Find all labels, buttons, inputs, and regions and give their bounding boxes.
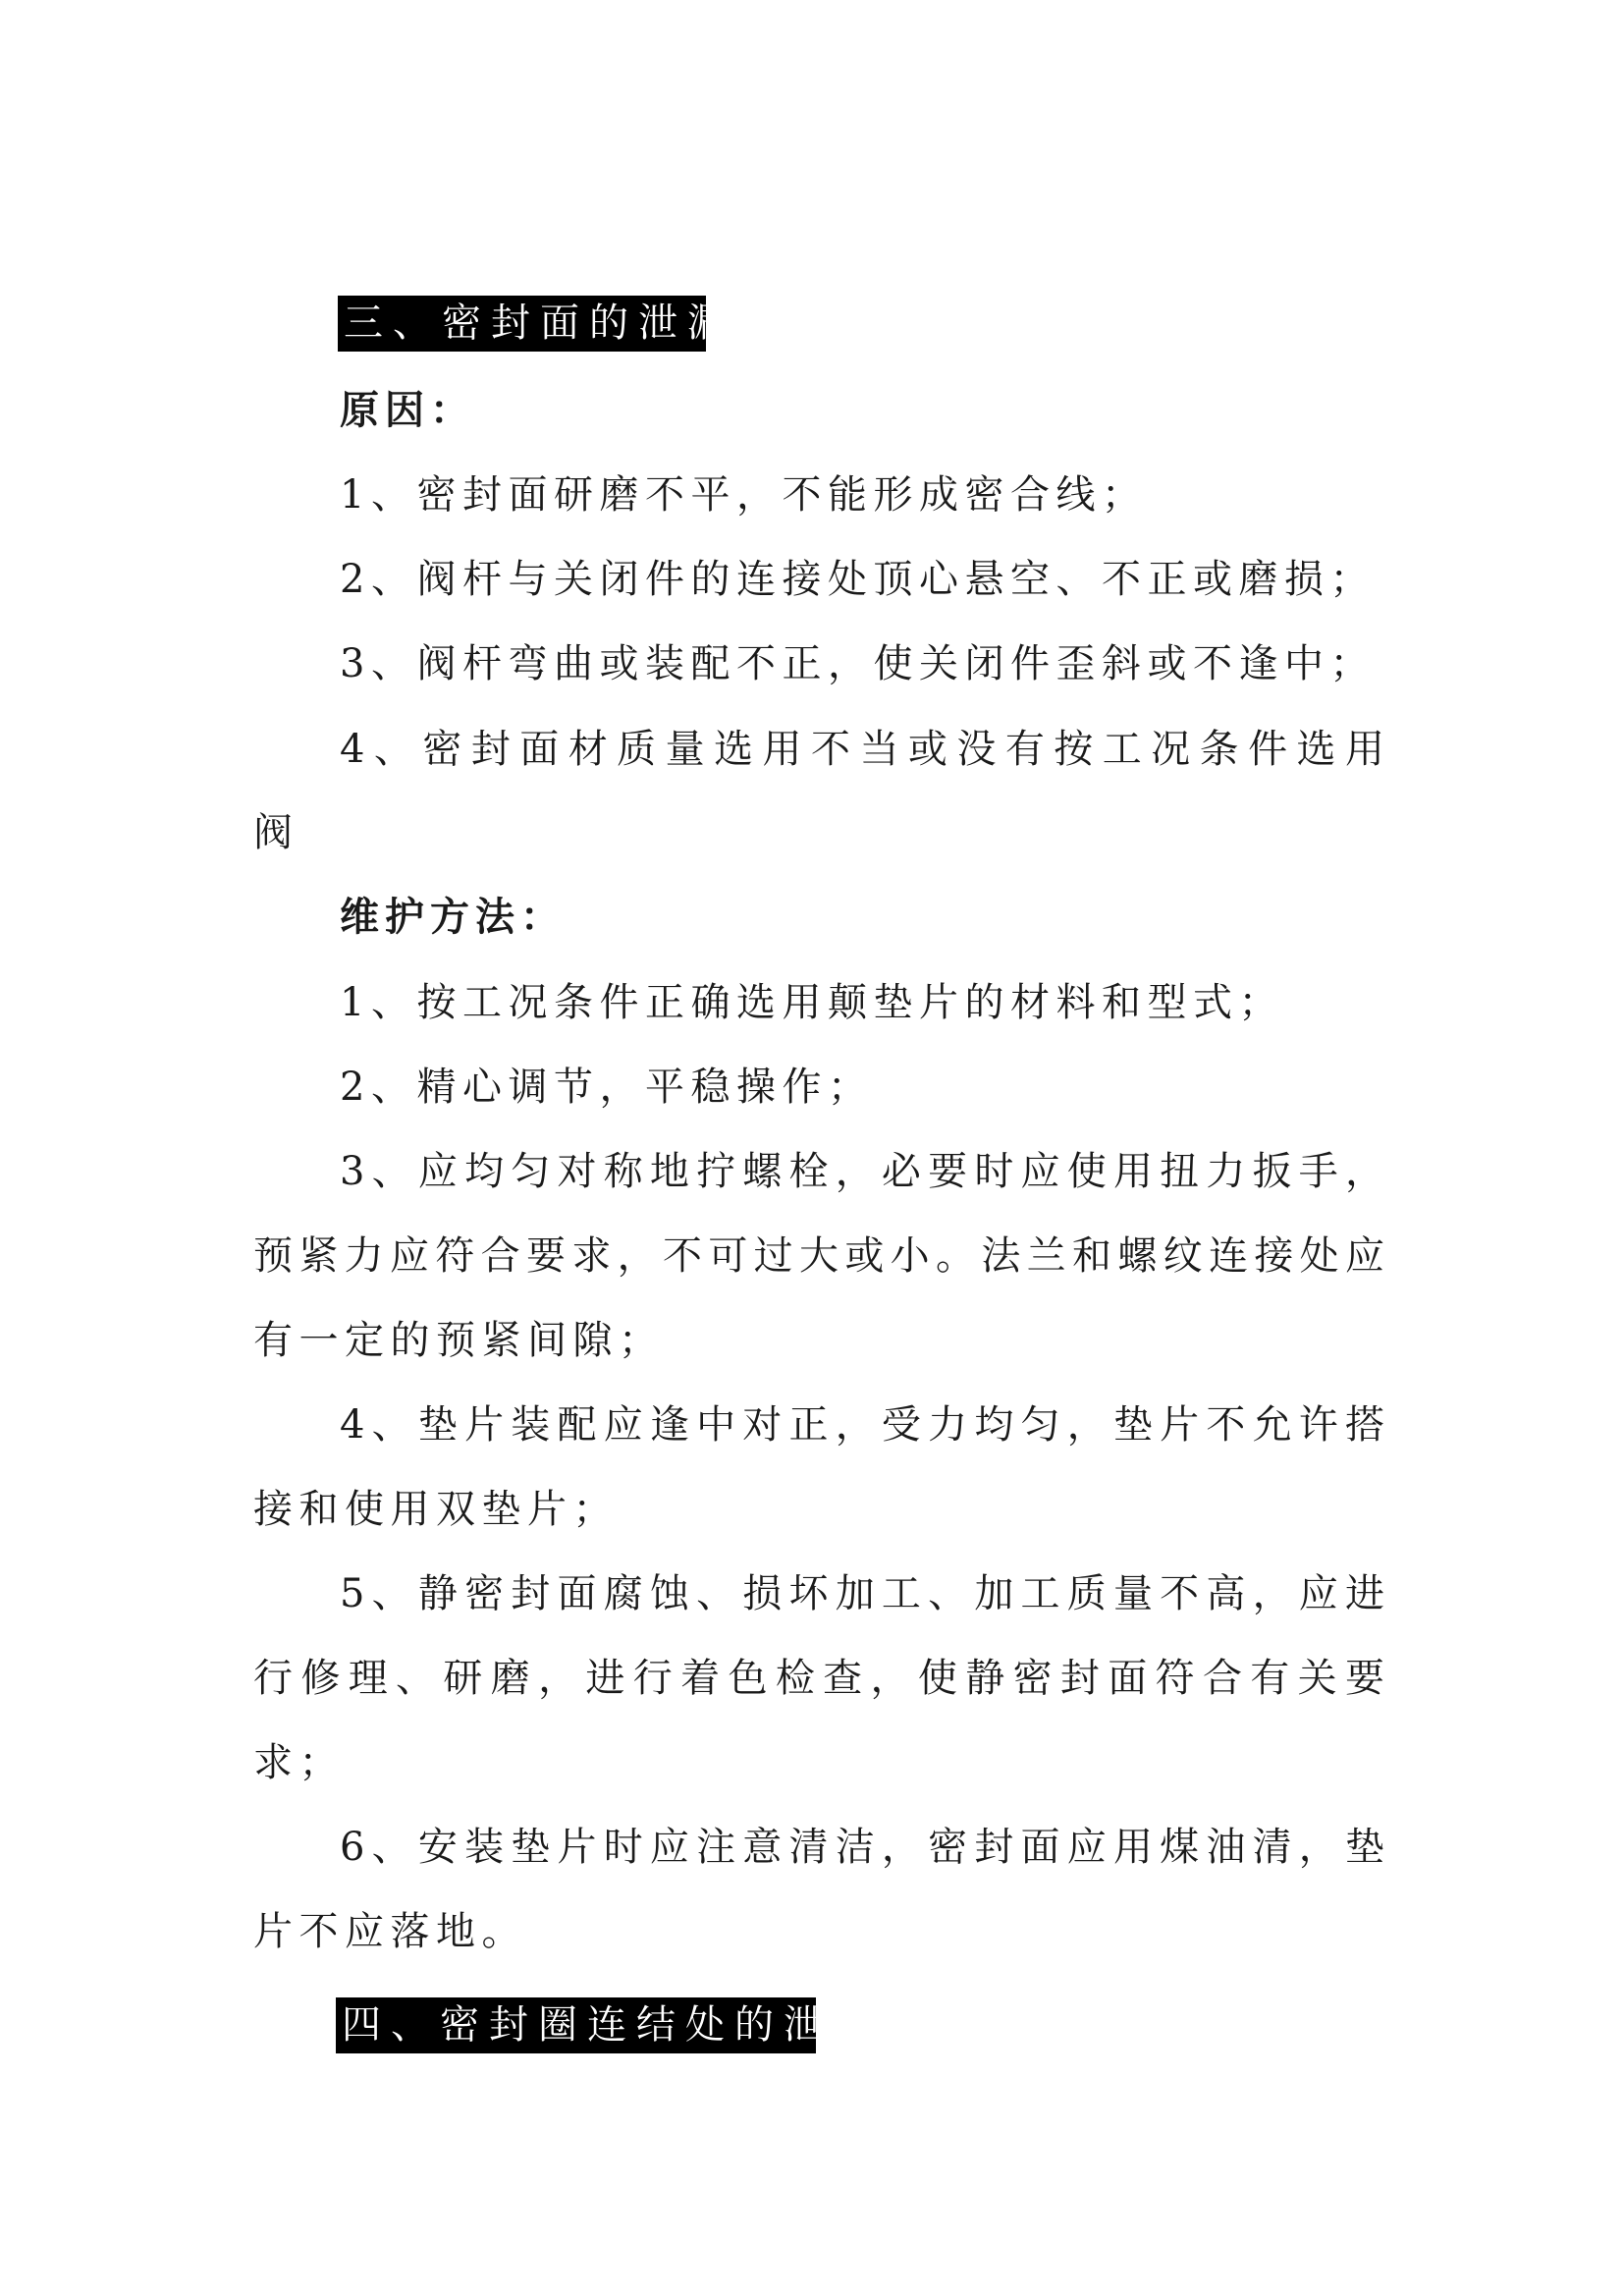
method-item-1: 1、按工况条件正确选用颠垫片的材料和型式； bbox=[340, 975, 1384, 1030]
method-item-5-cont-2: 求； bbox=[253, 1735, 1384, 1790]
cause-item-2: 2、阀杆与关闭件的连接处顶心悬空、不正或磨损； bbox=[340, 552, 1384, 607]
section-heading-4: 四、密封圈连结处的泄漏 bbox=[336, 1997, 816, 2053]
method-item-5: 5、静密封面腐蚀、损坏加工、加工质量不高，应进 bbox=[340, 1566, 1384, 1621]
cause-item-4: 4、密封面材质量选用不当或没有按工况条件选用 bbox=[340, 722, 1384, 777]
method-item-6-cont: 片不应落地。 bbox=[253, 1904, 1384, 1959]
method-item-2: 2、精心调节，平稳操作； bbox=[340, 1060, 1384, 1115]
document-page: 三、密封面的泄漏 原因： 1、密封面研磨不平，不能形成密合线； 2、阀杆与关闭件… bbox=[0, 0, 1623, 2296]
section-heading-3: 三、密封面的泄漏 bbox=[338, 296, 706, 352]
method-item-3: 3、应均匀对称地拧螺栓，必要时应使用扭力扳手， bbox=[340, 1144, 1384, 1199]
cause-item-4-cont: 阀 bbox=[253, 805, 1384, 860]
method-item-4-cont: 接和使用双垫片； bbox=[253, 1482, 1384, 1537]
cause-item-3: 3、阀杆弯曲或装配不正，使关闭件歪斜或不逢中； bbox=[340, 636, 1384, 691]
method-item-3-cont-2: 有一定的预紧间隙； bbox=[253, 1313, 1384, 1368]
causes-label: 原因： bbox=[340, 383, 1384, 438]
method-item-3-cont-1: 预紧力应符合要求，不可过大或小。法兰和螺纹连接处应 bbox=[253, 1229, 1384, 1284]
method-item-4: 4、垫片装配应逢中对正，受力均匀，垫片不允许搭 bbox=[340, 1397, 1384, 1452]
method-item-6: 6、安装垫片时应注意清洁，密封面应用煤油清，垫 bbox=[340, 1820, 1384, 1875]
method-item-5-cont-1: 行修理、研磨，进行着色检查，使静密封面符合有关要 bbox=[253, 1651, 1384, 1706]
cause-item-1: 1、密封面研磨不平，不能形成密合线； bbox=[340, 467, 1384, 522]
methods-label: 维护方法： bbox=[340, 890, 1384, 945]
